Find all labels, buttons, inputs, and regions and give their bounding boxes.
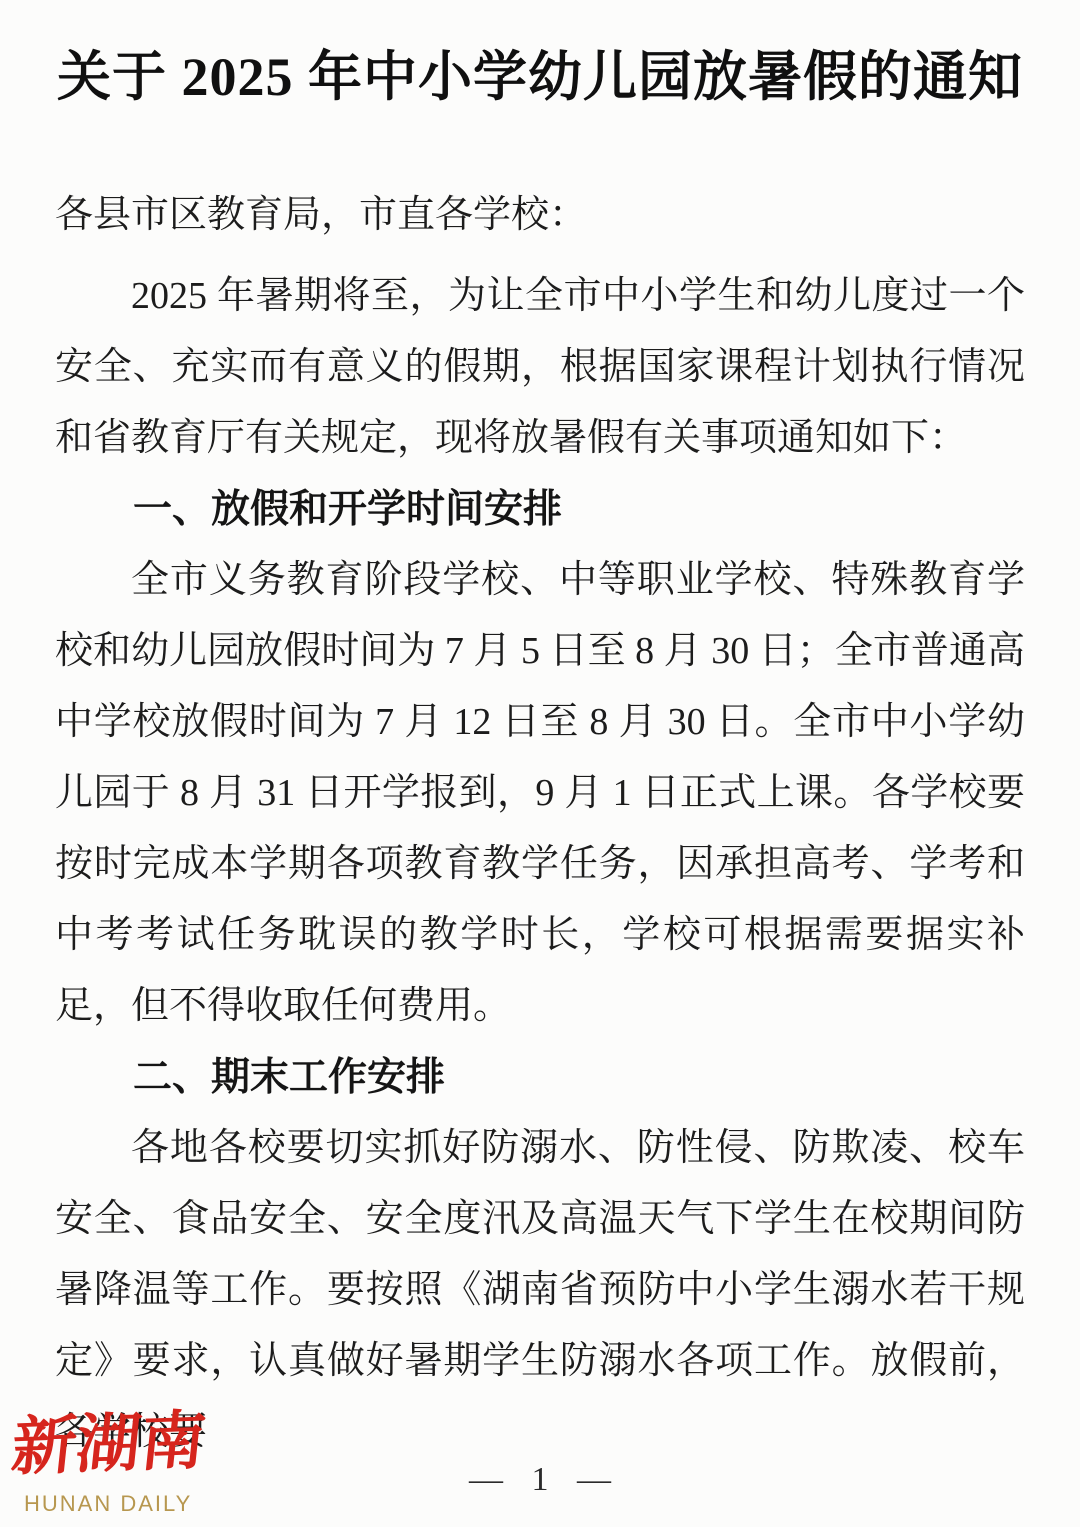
section-heading-1: 一、放假和开学时间安排 [55,474,1025,545]
document-page: 关于 2025 年中小学幼儿园放暑假的通知 各县市区教育局，市直各学校： 202… [0,0,1080,1527]
document-body: 各县市区教育局，市直各学校： 2025 年暑期将至，为让全市中小学生和幼儿度过一… [55,180,1025,1468]
intro-paragraph: 2025 年暑期将至，为让全市中小学生和幼儿度过一个安全、充实而有意义的假期，根… [55,261,1025,474]
document-title: 关于 2025 年中小学幼儿园放暑假的通知 [0,0,1080,110]
page-number: — 1 — [0,1461,1080,1499]
section-heading-2: 二、期末工作安排 [55,1042,1025,1113]
section-1-paragraph: 全市义务教育阶段学校、中等职业学校、特殊教育学校和幼儿园放假时间为 7 月 5 … [55,545,1025,1042]
salutation-line: 各县市区教育局，市直各学校： [55,180,1025,251]
